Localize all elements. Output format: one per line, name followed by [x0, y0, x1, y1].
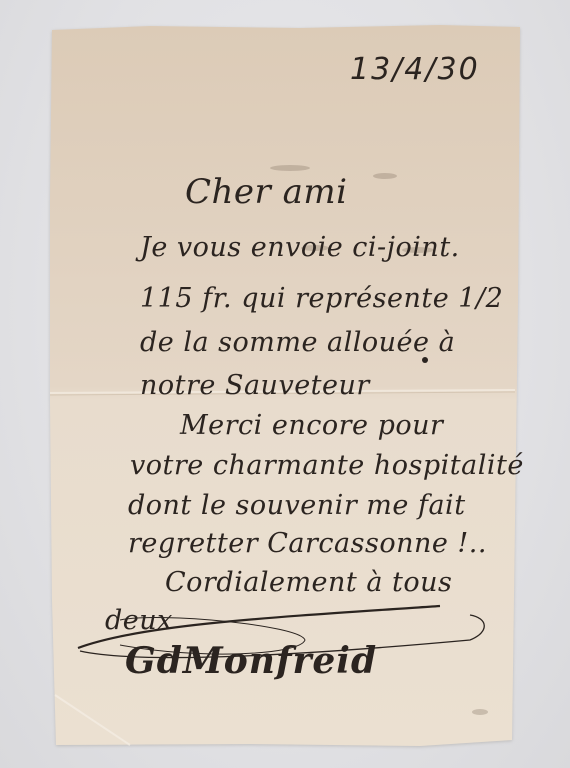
- body-line: regretter Carcassonne !..: [128, 528, 487, 559]
- letter-paper: 13/4/30 Cher ami Je vous envoie ci-joint…: [0, 0, 570, 768]
- letter-salutation: Cher ami: [185, 172, 347, 212]
- closing-line: Cordialement à tous: [165, 567, 452, 598]
- body-line: notre Sauveteur: [140, 370, 370, 401]
- closing-line: deux: [105, 605, 173, 636]
- letter-date: 13/4/30: [350, 52, 480, 87]
- body-line: 115 fr. qui représente 1/2: [140, 283, 503, 314]
- signature: GdMonfreid: [125, 640, 377, 682]
- body-line: de la somme allouée à: [140, 327, 455, 358]
- body-line: dont le souvenir me fait: [128, 490, 466, 521]
- body-line: Je vous envoie ci-joint.: [140, 232, 460, 263]
- body-line: votre charmante hospitalité: [130, 450, 524, 481]
- body-line: Merci encore pour: [180, 410, 443, 441]
